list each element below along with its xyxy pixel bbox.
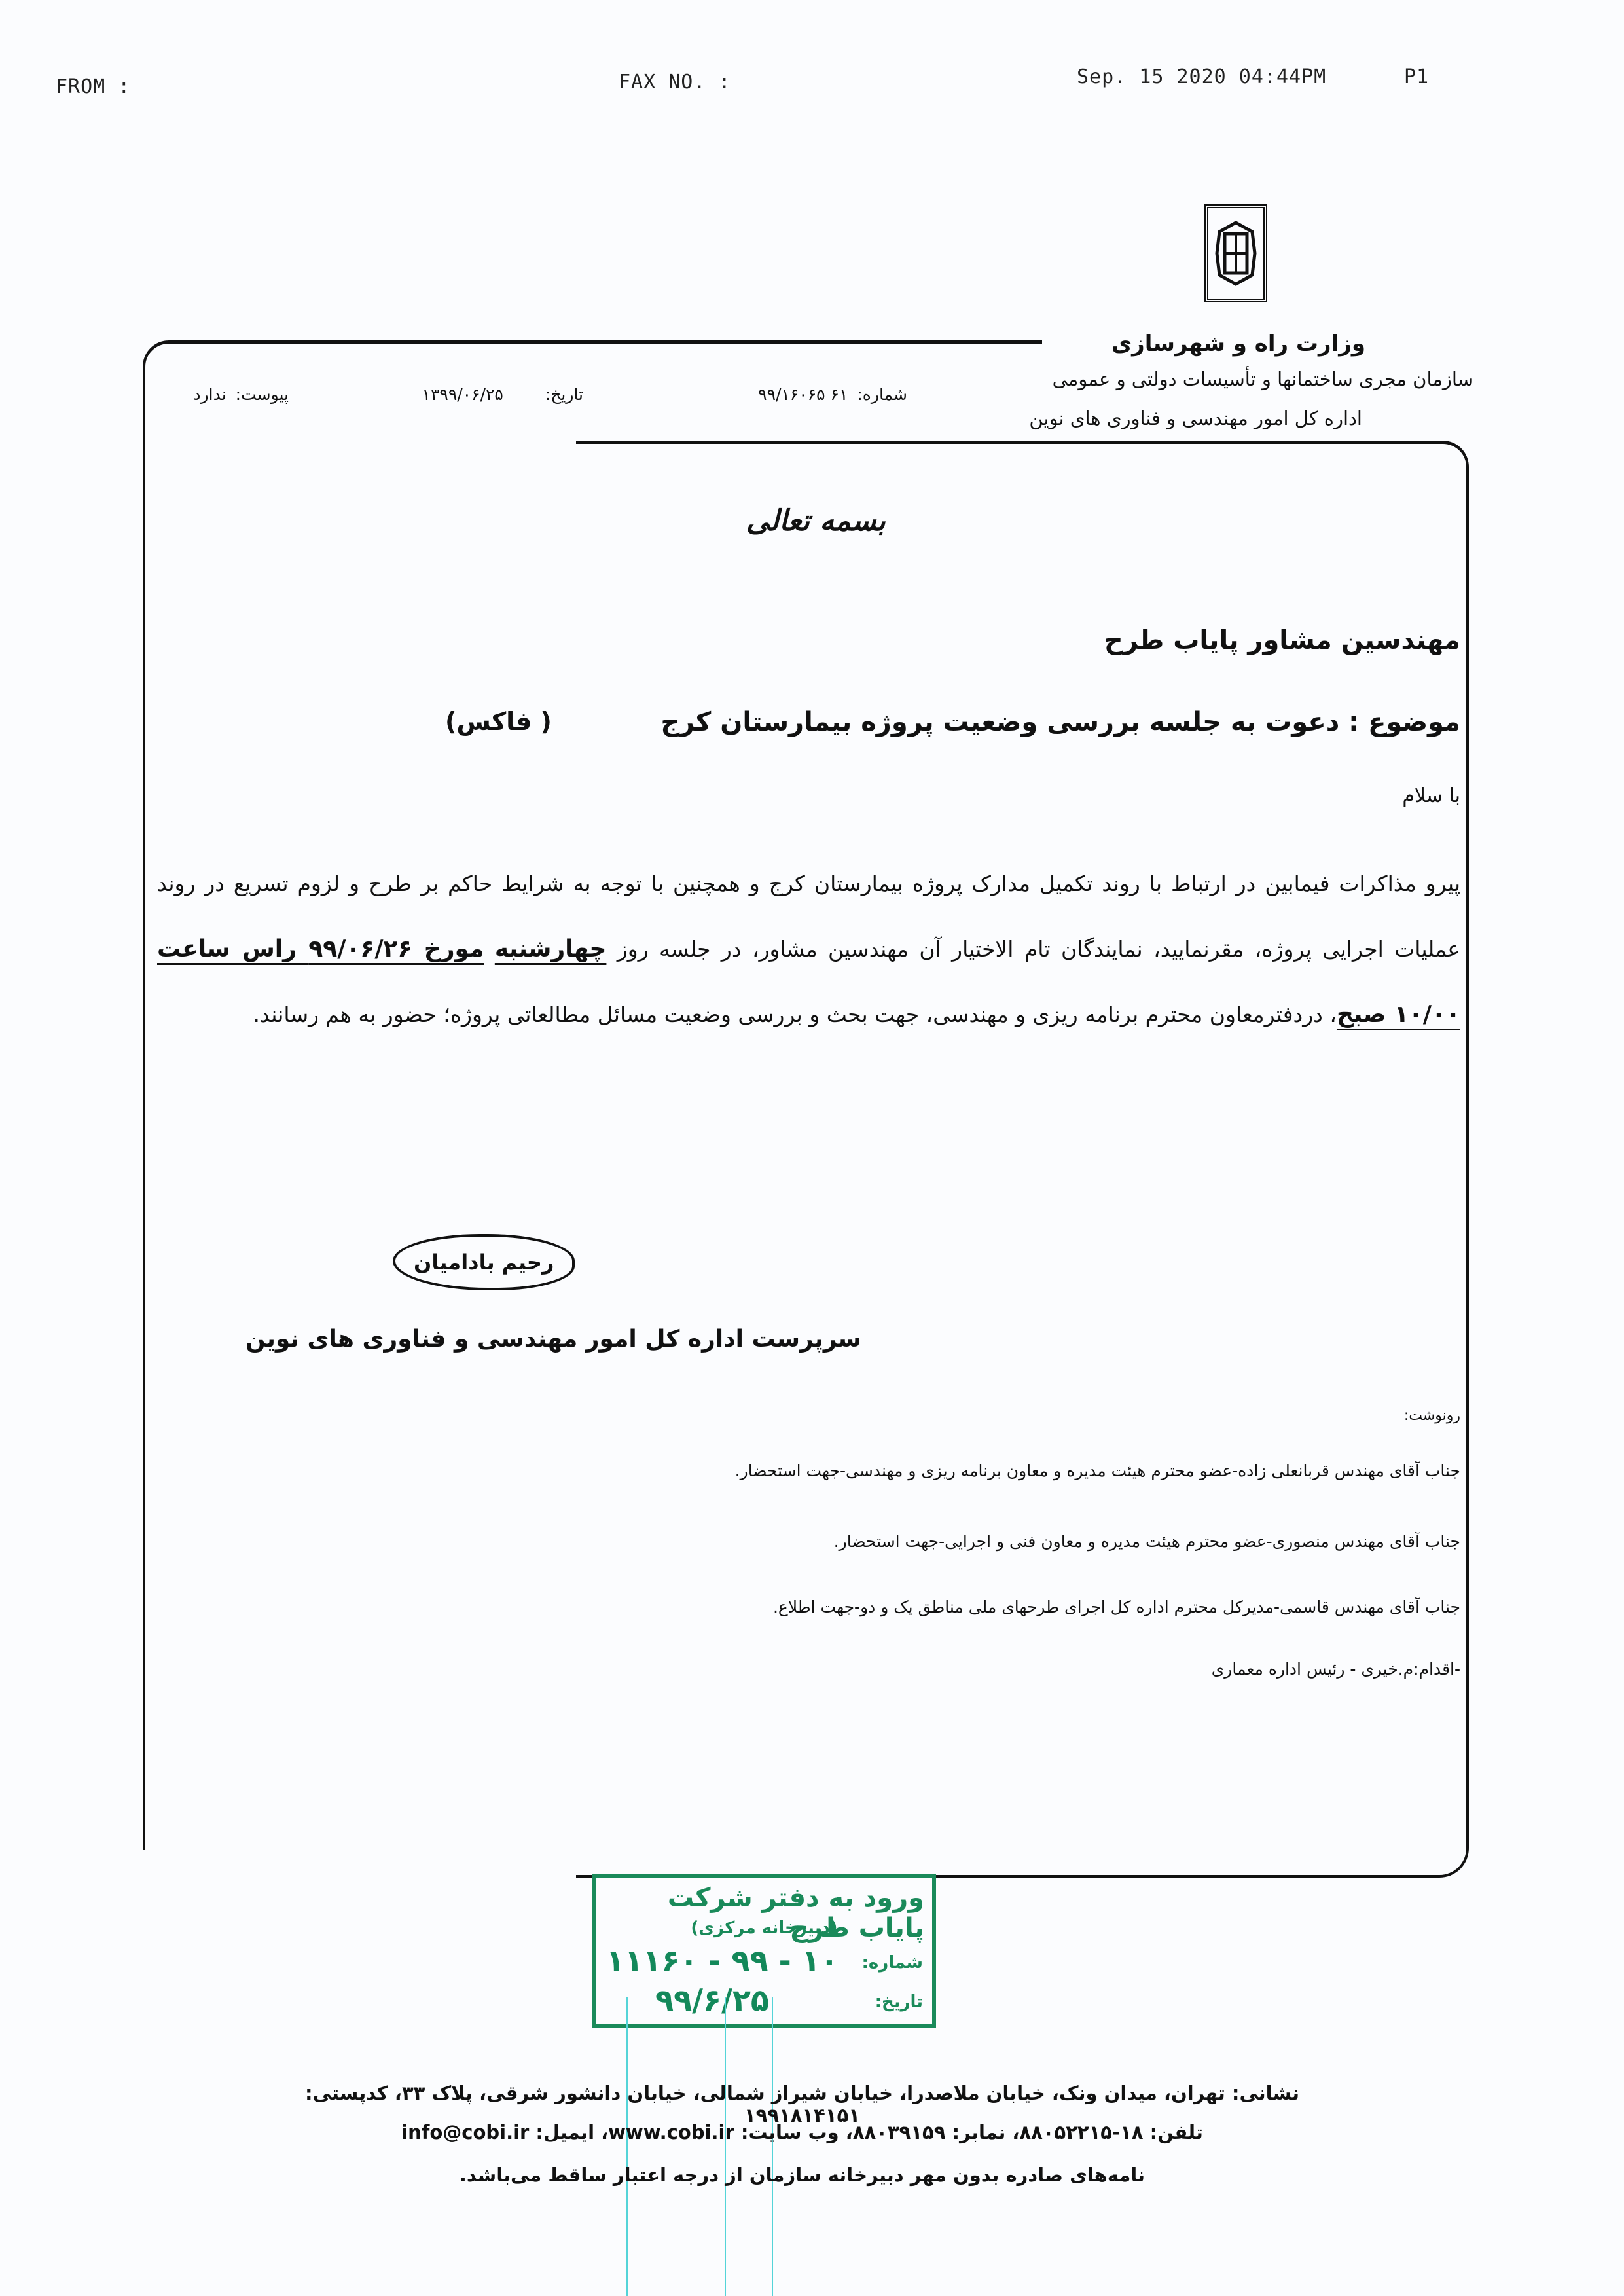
cc-item: -اقدام:م.خیری - رئیس اداره معماری [1212,1660,1460,1679]
paragraph-text-2: ، دردفترمعاون محترم برنامه ریزی و مهندسی… [253,1002,1337,1027]
scan-artifact-line [772,1997,773,2296]
stamp-number-value: ۱۱۱۶۰ - ۹۹ - ۱۰ [606,1943,839,1978]
letter-date-value: ۱۳۹۹/۰۶/۲۵ [422,385,503,404]
footer-contact: تلفن: ۱۸-۸۸۰۵۲۲۱۵، نمابر: ۸۸۰۳۹۱۵۹، وب س… [262,2121,1343,2143]
stamp-subtitle: (دبیرخانه مرکزی) [596,1918,932,1938]
footer-notice: نامه‌های صادره بدون مهر دبیرخانه سازمان … [262,2164,1343,2186]
fax-page-number: P1 [1404,65,1429,88]
letter-number-label: شماره: [857,385,907,404]
stamp-date-value: ۹۹/۶/۲۵ [655,1982,769,2018]
receipt-stamp: ورود به دفتر شرکت پایاب طرح (دبیرخانه مر… [592,1874,936,2028]
cc-item: جناب آقای مهندس قاسمی-مدیرکل محترم اداره… [773,1597,1460,1616]
subject-line: موضوع : دعوت به جلسه بررسی وضعیت پروژه ب… [660,707,1460,737]
fax-number-label: FAX NO. : [619,71,731,94]
stamp-date-label: تاریخ: [875,1992,923,2012]
meeting-day: چهارشنبه [495,936,607,962]
recipient: مهندسین مشاور پایاب طرح [1104,625,1460,655]
basmala-heading: بسمه تعالی [746,504,886,538]
cc-item: جناب آقای مهندس قربانعلی زاده-عضو محترم … [735,1461,1460,1480]
organization-name: سازمان مجری ساختمانها و تأسیسات دولتی و … [1053,368,1473,390]
fax-from-label: FROM : [56,75,130,98]
footer-address: نشانی: تهران، میدان ونک، خیابان ملاصدرا،… [262,2082,1343,2126]
greeting: با سلام [1402,784,1460,807]
signatory-title: سرپرست اداره کل امور مهندسی و فناوری های… [245,1326,861,1353]
department-name: اداره کل امور مهندسی و فناوری های نوین [1029,407,1362,429]
fax-tag: ( فاکس) [445,707,552,736]
cc-label: رونوشت: [1404,1408,1460,1424]
ministry-name: وزارت راه و شهرسازی [1111,331,1365,357]
letter-attachment-label: پیوست: [236,385,289,404]
letter-date: تاریخ: ۱۳۹۹/۰۶/۲۵ [422,385,583,404]
letter-date-label: تاریخ: [545,385,583,404]
scan-artifact-line [725,1997,726,2296]
scan-artifact-line [626,1997,628,2296]
letter-number: شماره: ۶۱ ۹۹/۱۶۰۶۵ [758,385,907,404]
stamp-number-label: شماره: [862,1953,923,1973]
letter-attachment: پیوست: ندارد [193,385,289,404]
fax-timestamp: Sep. 15 2020 04:44PM [1077,65,1326,88]
letter-number-value: ۶۱ ۹۹/۱۶۰۶۵ [758,385,848,404]
body-paragraph: پیرو مذاکرات فیمابین در ارتباط با روند ت… [157,851,1460,1048]
ministry-emblem-icon [1204,204,1267,302]
letter-attachment-value: ندارد [193,385,226,404]
cc-item: جناب آقای مهندس منصوری-عضو محترم هیئت مد… [834,1532,1460,1551]
